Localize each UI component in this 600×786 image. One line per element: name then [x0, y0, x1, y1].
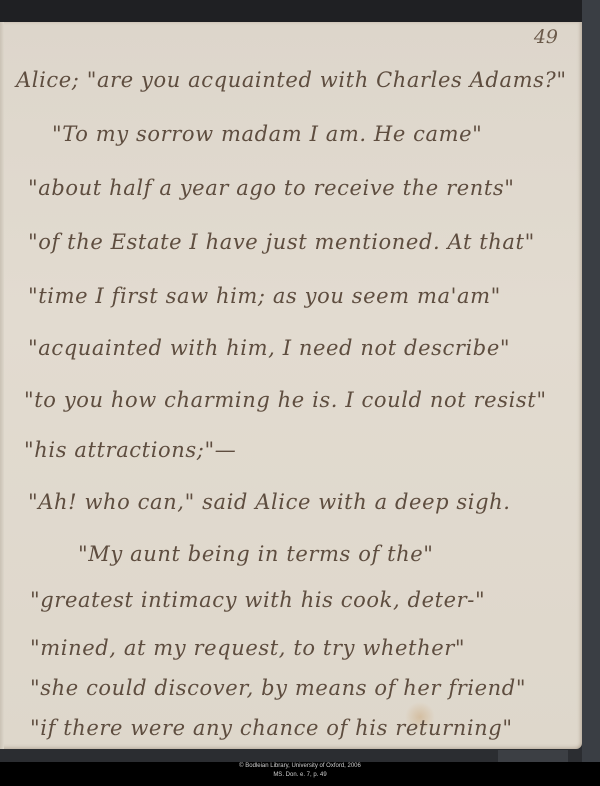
manuscript-line: "To my sorrow madam I am. He came" [52, 122, 482, 146]
copyright-text: © Bodleian Library, University of Oxford… [0, 762, 600, 771]
manuscript-line: "My aunt being in terms of the" [78, 542, 434, 566]
manuscript-line: "Ah! who can," said Alice with a deep si… [28, 490, 511, 514]
manuscript-line: "about half a year ago to receive the re… [28, 176, 515, 200]
manuscript-line: "acquainted with him, I need not describ… [28, 336, 510, 360]
manuscript-line: Alice; "are you acquainted with Charles … [16, 68, 567, 92]
manuscript-line: "greatest intimacy with his cook, deter-… [30, 588, 485, 612]
manuscript-line: "his attractions;"— [24, 438, 236, 462]
scanner-right-edge [582, 0, 600, 762]
shelfmark-text: MS. Don. e. 7, p. 49 [0, 771, 600, 780]
image-caption: © Bodleian Library, University of Oxford… [0, 762, 600, 786]
manuscript-line: "of the Estate I have just mentioned. At… [28, 230, 535, 254]
scanner-tab [498, 750, 568, 762]
manuscript-line: "to you how charming he is. I could not … [24, 388, 547, 412]
manuscript-line: "she could discover, by means of her fri… [30, 676, 526, 700]
manuscript-line: "mined, at my request, to try whether" [30, 636, 465, 660]
page-binding-edge [0, 22, 4, 749]
folio-number: 49 [534, 26, 558, 48]
manuscript-line: "time I first saw him; as you seem ma'am… [28, 284, 501, 308]
scanner-top-edge [0, 0, 600, 22]
manuscript-page: 49 Alice; "are you acquainted with Charl… [0, 22, 582, 749]
manuscript-line: "if there were any chance of his returni… [30, 716, 513, 740]
